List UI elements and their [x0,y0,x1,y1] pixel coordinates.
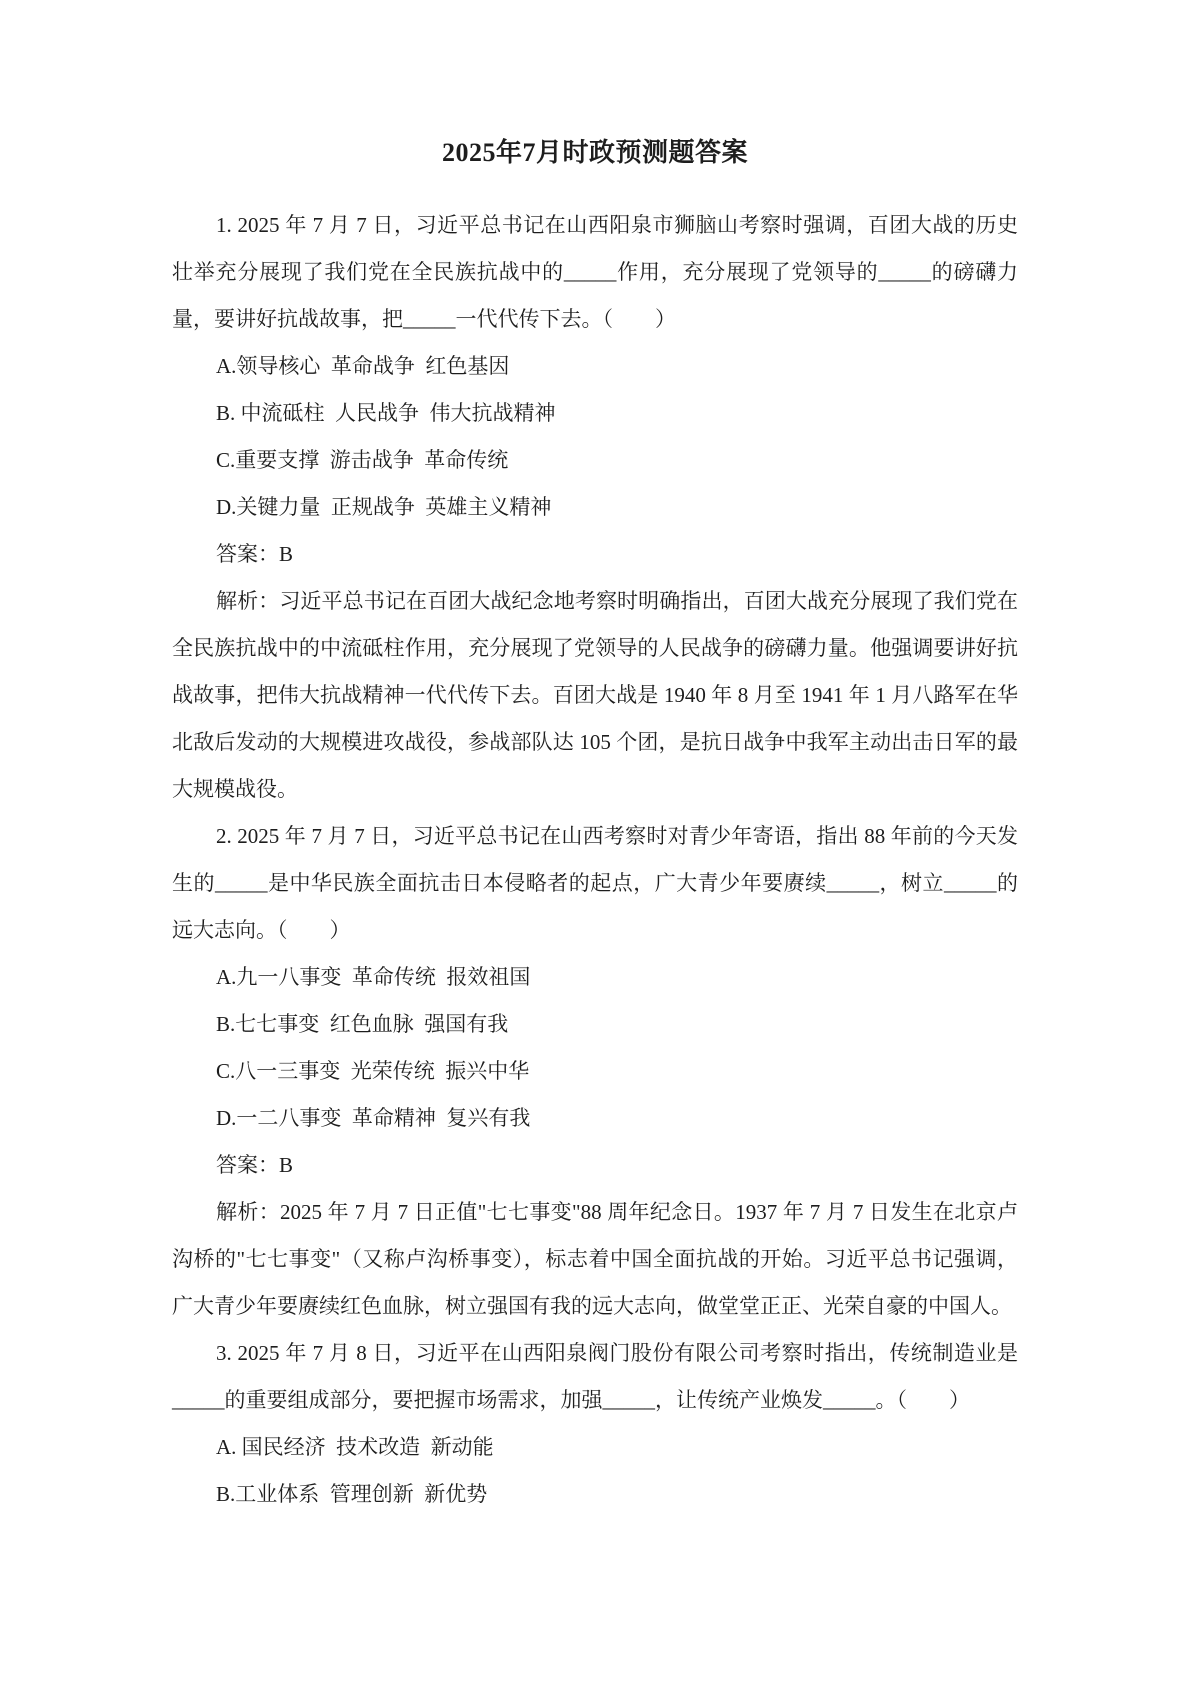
question-block-1: 1. 2025 年 7 月 7 日，习近平总书记在山西阳泉市狮脑山考察时强调，百… [172,202,1018,813]
question-2-option-c: C.八一三事变 光荣传统 振兴中华 [172,1048,1018,1095]
question-block-2: 2. 2025 年 7 月 7 日，习近平总书记在山西考察时对青少年寄语，指出 … [172,813,1018,1330]
question-1-option-d: D.关键力量 正规战争 英雄主义精神 [172,484,1018,531]
question-2-option-b: B.七七事变 红色血脉 强国有我 [172,1001,1018,1048]
question-1-option-b: B. 中流砥柱 人民战争 伟大抗战精神 [172,390,1018,437]
question-2-option-d: D.一二八事变 革命精神 复兴有我 [172,1095,1018,1142]
question-1-answer: 答案：B [172,531,1018,578]
question-2-answer: 答案：B [172,1142,1018,1189]
question-3-option-a: A. 国民经济 技术改造 新动能 [172,1424,1018,1471]
question-1-analysis: 解析：习近平总书记在百团大战纪念地考察时明确指出，百团大战充分展现了我们党在全民… [172,578,1018,813]
document-page: 2025年7月时政预测题答案 1. 2025 年 7 月 7 日，习近平总书记在… [0,0,1190,1682]
question-2-text: 2. 2025 年 7 月 7 日，习近平总书记在山西考察时对青少年寄语，指出 … [172,813,1018,954]
question-3-option-b: B.工业体系 管理创新 新优势 [172,1471,1018,1518]
question-1-option-c: C.重要支撑 游击战争 革命传统 [172,437,1018,484]
question-block-3: 3. 2025 年 7 月 8 日，习近平在山西阳泉阀门股份有限公司考察时指出，… [172,1330,1018,1518]
document-title: 2025年7月时政预测题答案 [172,130,1018,176]
question-1-option-a: A.领导核心 革命战争 红色基因 [172,343,1018,390]
question-2-analysis: 解析：2025 年 7 月 7 日正值"七七事变"88 周年纪念日。1937 年… [172,1189,1018,1330]
document-body: 1. 2025 年 7 月 7 日，习近平总书记在山西阳泉市狮脑山考察时强调，百… [172,202,1018,1518]
question-3-text: 3. 2025 年 7 月 8 日，习近平在山西阳泉阀门股份有限公司考察时指出，… [172,1330,1018,1424]
question-1-text: 1. 2025 年 7 月 7 日，习近平总书记在山西阳泉市狮脑山考察时强调，百… [172,202,1018,343]
question-2-option-a: A.九一八事变 革命传统 报效祖国 [172,954,1018,1001]
